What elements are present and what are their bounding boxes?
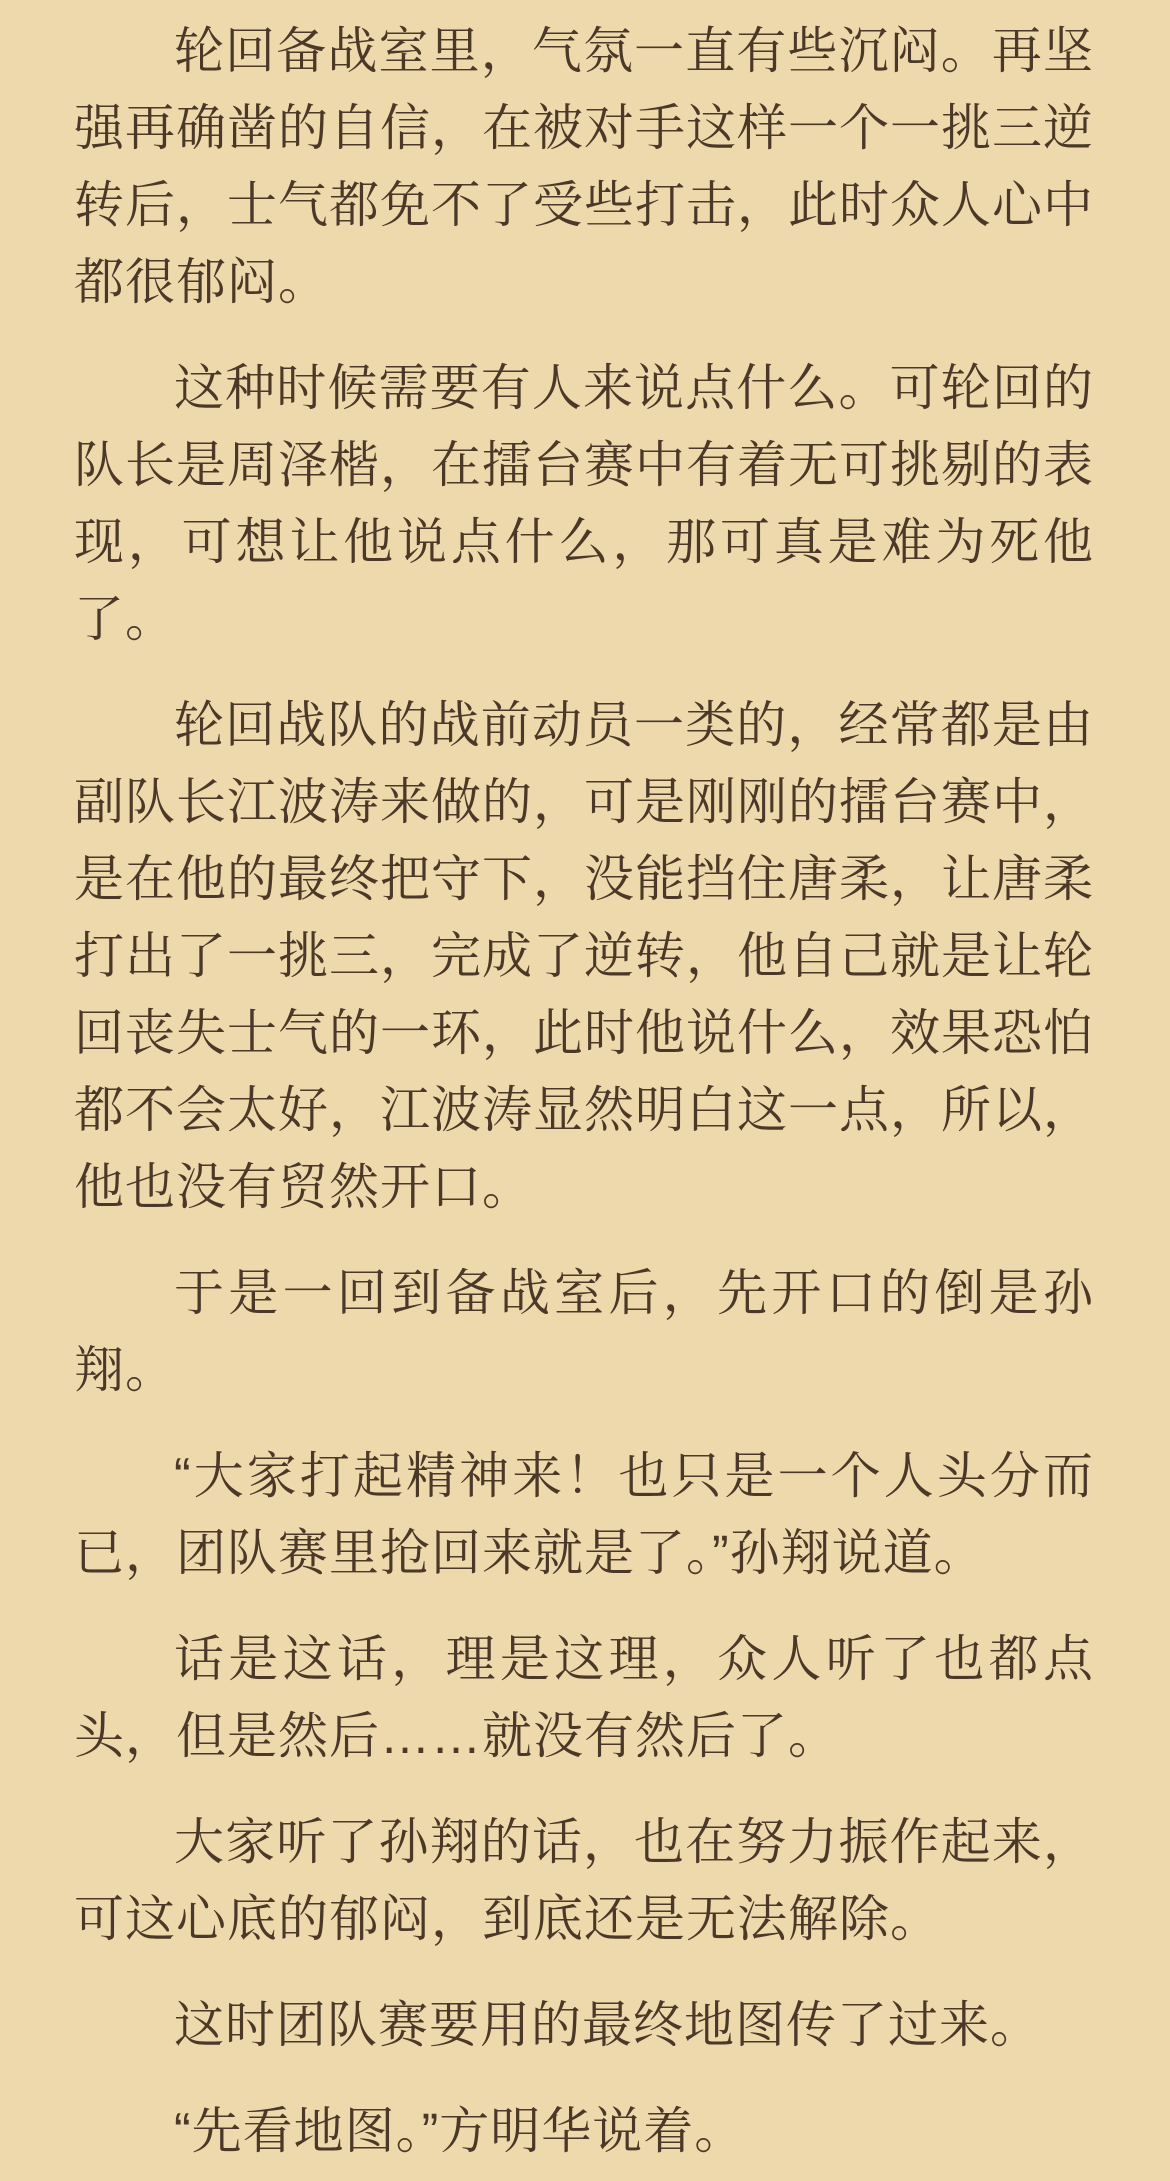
paragraph: 大家听了孙翔的话，也在努力振作起来，可这心底的郁闷，到底还是无法解除。 — [74, 1804, 1094, 1958]
reader-page[interactable]: 轮回备战室里，气氛一直有些沉闷。再坚强再确凿的自信，在被对手这样一个一挑三逆转后… — [0, 0, 1170, 2181]
paragraph: 话是这话，理是这理，众人听了也都点头，但是然后……就没有然后了。 — [74, 1621, 1094, 1775]
paragraph: “大家打起精神来！也只是一个人头分而已，团队赛里抢回来就是了。”孙翔说道。 — [74, 1438, 1094, 1592]
paragraph: 轮回战队的战前动员一类的，经常都是由副队长江波涛来做的，可是刚刚的擂台赛中，是在… — [74, 687, 1094, 1226]
paragraph: 于是一回到备战室后，先开口的倒是孙翔。 — [74, 1255, 1094, 1409]
paragraph: “先看地图。”方明华说着。 — [74, 2093, 1094, 2170]
paragraph: 轮回备战室里，气氛一直有些沉闷。再坚强再确凿的自信，在被对手这样一个一挑三逆转后… — [74, 13, 1094, 321]
novel-text-container: 轮回备战室里，气氛一直有些沉闷。再坚强再确凿的自信，在被对手这样一个一挑三逆转后… — [74, 13, 1094, 2170]
paragraph: 这种时候需要有人来说点什么。可轮回的队长是周泽楷，在擂台赛中有着无可挑剔的表现，… — [74, 350, 1094, 658]
paragraph: 这时团队赛要用的最终地图传了过来。 — [74, 1987, 1094, 2064]
